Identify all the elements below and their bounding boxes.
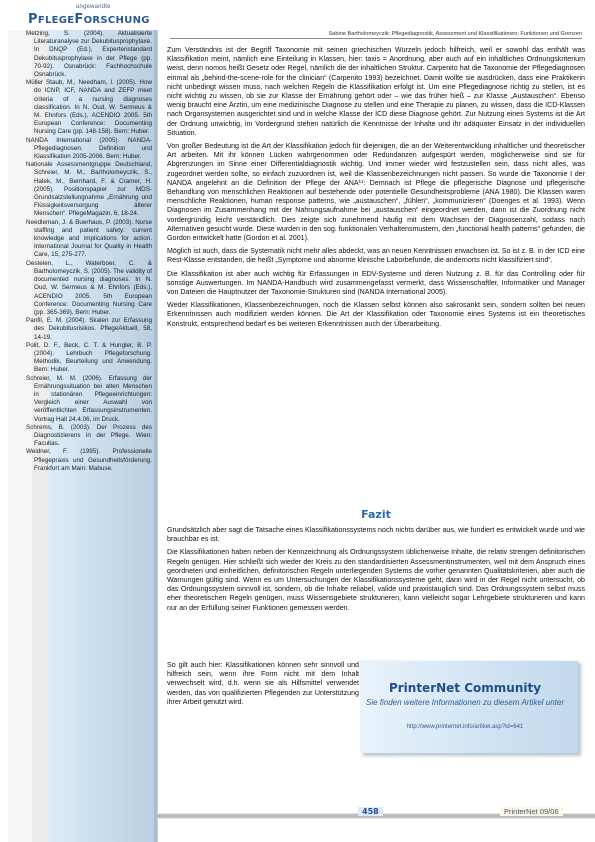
reference-item: Metzing, S. (2004). Aktualisierte Litera… [26, 30, 152, 79]
reference-list: Metzing, S. (2004). Aktualisierte Litera… [26, 30, 152, 473]
brand-title: PFLEGEFORSCHUNG [28, 12, 150, 27]
body-paragraph: Weder Klassifikationen, Klassenbezeichnu… [167, 301, 585, 329]
reference-item: Needleman, J. & Buerhaus, P. (2003). Nur… [26, 219, 152, 260]
body-paragraph: Zum Verständnis ist der Begriff Taxonomi… [167, 46, 585, 138]
reference-item: Schrems, B. (2003). Der Prozess des Diag… [26, 424, 152, 449]
sidebar-edge [154, 30, 157, 842]
reference-item: Oestelen, L., Waterboer, C. & Bartholome… [26, 260, 152, 317]
brand-subtitle: angewandte [76, 4, 111, 10]
body-paragraph: Möglich ist auch, dass die Systematik ni… [167, 247, 585, 265]
reference-item: Nationale Assessmentgruppe Deutschland, … [26, 161, 152, 218]
body-paragraph: Grundsätzlich aber sagt die Tatsache ein… [167, 526, 585, 544]
promo-link[interactable]: http://www.printernet.info/artikel.asp?i… [360, 724, 570, 730]
article-body: Zum Verständnis ist der Begriff Taxonomi… [167, 46, 585, 333]
reference-item: Panfil, E. M. (2004). Skalen zur Erfassu… [26, 317, 152, 342]
reference-item: Weidner, F. (1995). Professionelle Pfleg… [26, 448, 152, 473]
body-paragraph: Die Klassifikationen haben neben der Ken… [167, 548, 585, 612]
closing-paragraph: So gilt auch hier: Klassifikationen könn… [167, 661, 359, 707]
reference-item: Müller Staub, M., Needham, I. (2005). Ho… [26, 79, 152, 136]
page-number: 458 [358, 807, 383, 816]
reference-item: Schreier, M. M. (2006). Erfassung der Er… [26, 375, 152, 424]
reference-item: Polit, D. F., Beck, C. T. & Hungler, B. … [26, 342, 152, 375]
reference-item: NANDA International (2005). NANDA-Pflege… [26, 137, 152, 162]
promo-title: PrinterNet Community [360, 681, 570, 695]
issue-label: PrinterNet 09/06 [500, 807, 563, 816]
promo-text: Sie finden weitere Informationen zu dies… [360, 698, 570, 708]
body-paragraph: Von großer Bedeutung ist die Art der Kla… [167, 142, 585, 243]
fazit-body: Grundsätzlich aber sagt die Tatsache ein… [167, 526, 585, 617]
running-head: Sabine Bartholomeyczik: Pflegediagnostik… [170, 31, 582, 39]
section-heading-fazit: Fazit [167, 508, 585, 521]
community-promo-box: PrinterNet Community Sie finden weitere … [360, 660, 578, 753]
body-paragraph: Die Klassifikation ist aber auch wichtig… [167, 270, 585, 298]
